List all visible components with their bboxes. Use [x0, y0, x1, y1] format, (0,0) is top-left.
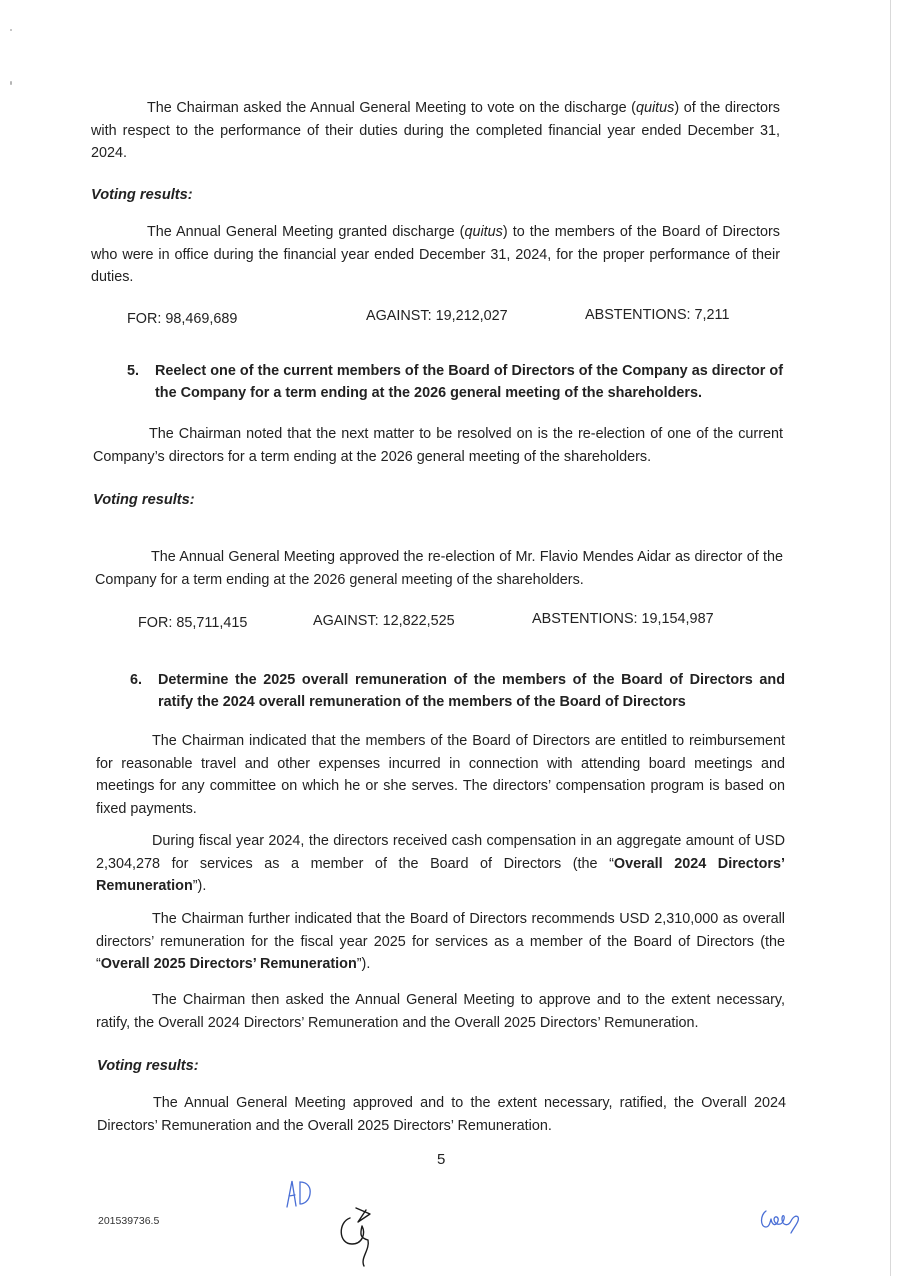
paragraph-remuneration-approved: The Annual General Meeting approved and …: [97, 1092, 786, 1137]
paragraph-discharge-granted: The Annual General Meeting granted disch…: [91, 221, 780, 289]
text-run: The Chairman then asked the Annual Gener…: [96, 992, 785, 1031]
page-edge-line: [890, 0, 891, 1276]
paragraph-approval-request: The Chairman then asked the Annual Gener…: [96, 989, 785, 1034]
handwritten-initials-ad-icon: [284, 1176, 314, 1210]
paragraph-reelection-approved: The Annual General Meeting approved the …: [95, 546, 783, 591]
vote-abstentions: ABSTENTIONS: 7,211: [585, 307, 730, 323]
vote-tally-reelection: FOR: 85,711,415 AGAINST: 12,822,525 ABST…: [0, 612, 898, 634]
document-id: 201539736.5: [98, 1215, 159, 1227]
paragraph-2025-remuneration: The Chairman further indicated that the …: [96, 908, 785, 976]
text-run: ”).: [357, 956, 371, 972]
scan-speck: [10, 81, 12, 85]
vote-abstentions: ABSTENTIONS: 19,154,987: [532, 611, 714, 627]
vote-for: FOR: 85,711,415: [138, 615, 247, 631]
vote-against: AGAINST: 12,822,525: [313, 613, 455, 629]
text-run: The Annual General Meeting approved and …: [97, 1095, 786, 1134]
vote-for: FOR: 98,469,689: [127, 311, 237, 327]
paragraph-discharge-request: The Chairman asked the Annual General Me…: [91, 97, 780, 165]
agenda-item-number: 5.: [127, 361, 139, 383]
agenda-item-number: 6.: [130, 670, 142, 692]
agenda-item-text: Reelect one of the current members of th…: [155, 361, 783, 404]
text-run: The Annual General Meeting approved the …: [95, 549, 783, 588]
vote-against: AGAINST: 19,212,027: [366, 308, 508, 324]
paragraph-2024-remuneration: During fiscal year 2024, the directors r…: [96, 830, 785, 898]
italic-term: quitus: [636, 100, 674, 116]
paragraph-reelection-noted: The Chairman noted that the next matter …: [93, 423, 783, 468]
document-page: The Chairman asked the Annual General Me…: [0, 0, 898, 1276]
agenda-item-6: 6. Determine the 2025 overall remunerati…: [130, 670, 785, 714]
page-number: 5: [437, 1151, 445, 1168]
text-run: ”).: [193, 878, 207, 894]
voting-results-label: Voting results:: [97, 1055, 199, 1078]
text-run: The Chairman noted that the next matter …: [93, 426, 783, 465]
agenda-item-text: Determine the 2025 overall remuneration …: [158, 670, 785, 713]
paragraph-reimbursement: The Chairman indicated that the members …: [96, 730, 785, 820]
signature-icon: [336, 1204, 378, 1268]
handwritten-initials-right-icon: [758, 1205, 804, 1235]
text-run: The Chairman asked the Annual General Me…: [147, 100, 636, 116]
agenda-item-5: 5. Reelect one of the current members of…: [127, 361, 783, 405]
voting-results-label: Voting results:: [91, 184, 193, 207]
text-run: The Chairman indicated that the members …: [96, 733, 785, 817]
scan-speck: [10, 29, 12, 31]
defined-term: Overall 2025 Directors’ Remuneration: [101, 956, 357, 972]
italic-term: quitus: [464, 224, 502, 240]
vote-tally-discharge: FOR: 98,469,689 AGAINST: 19,212,027 ABST…: [0, 308, 898, 330]
text-run: The Annual General Meeting granted disch…: [147, 224, 464, 240]
voting-results-label: Voting results:: [93, 489, 195, 512]
